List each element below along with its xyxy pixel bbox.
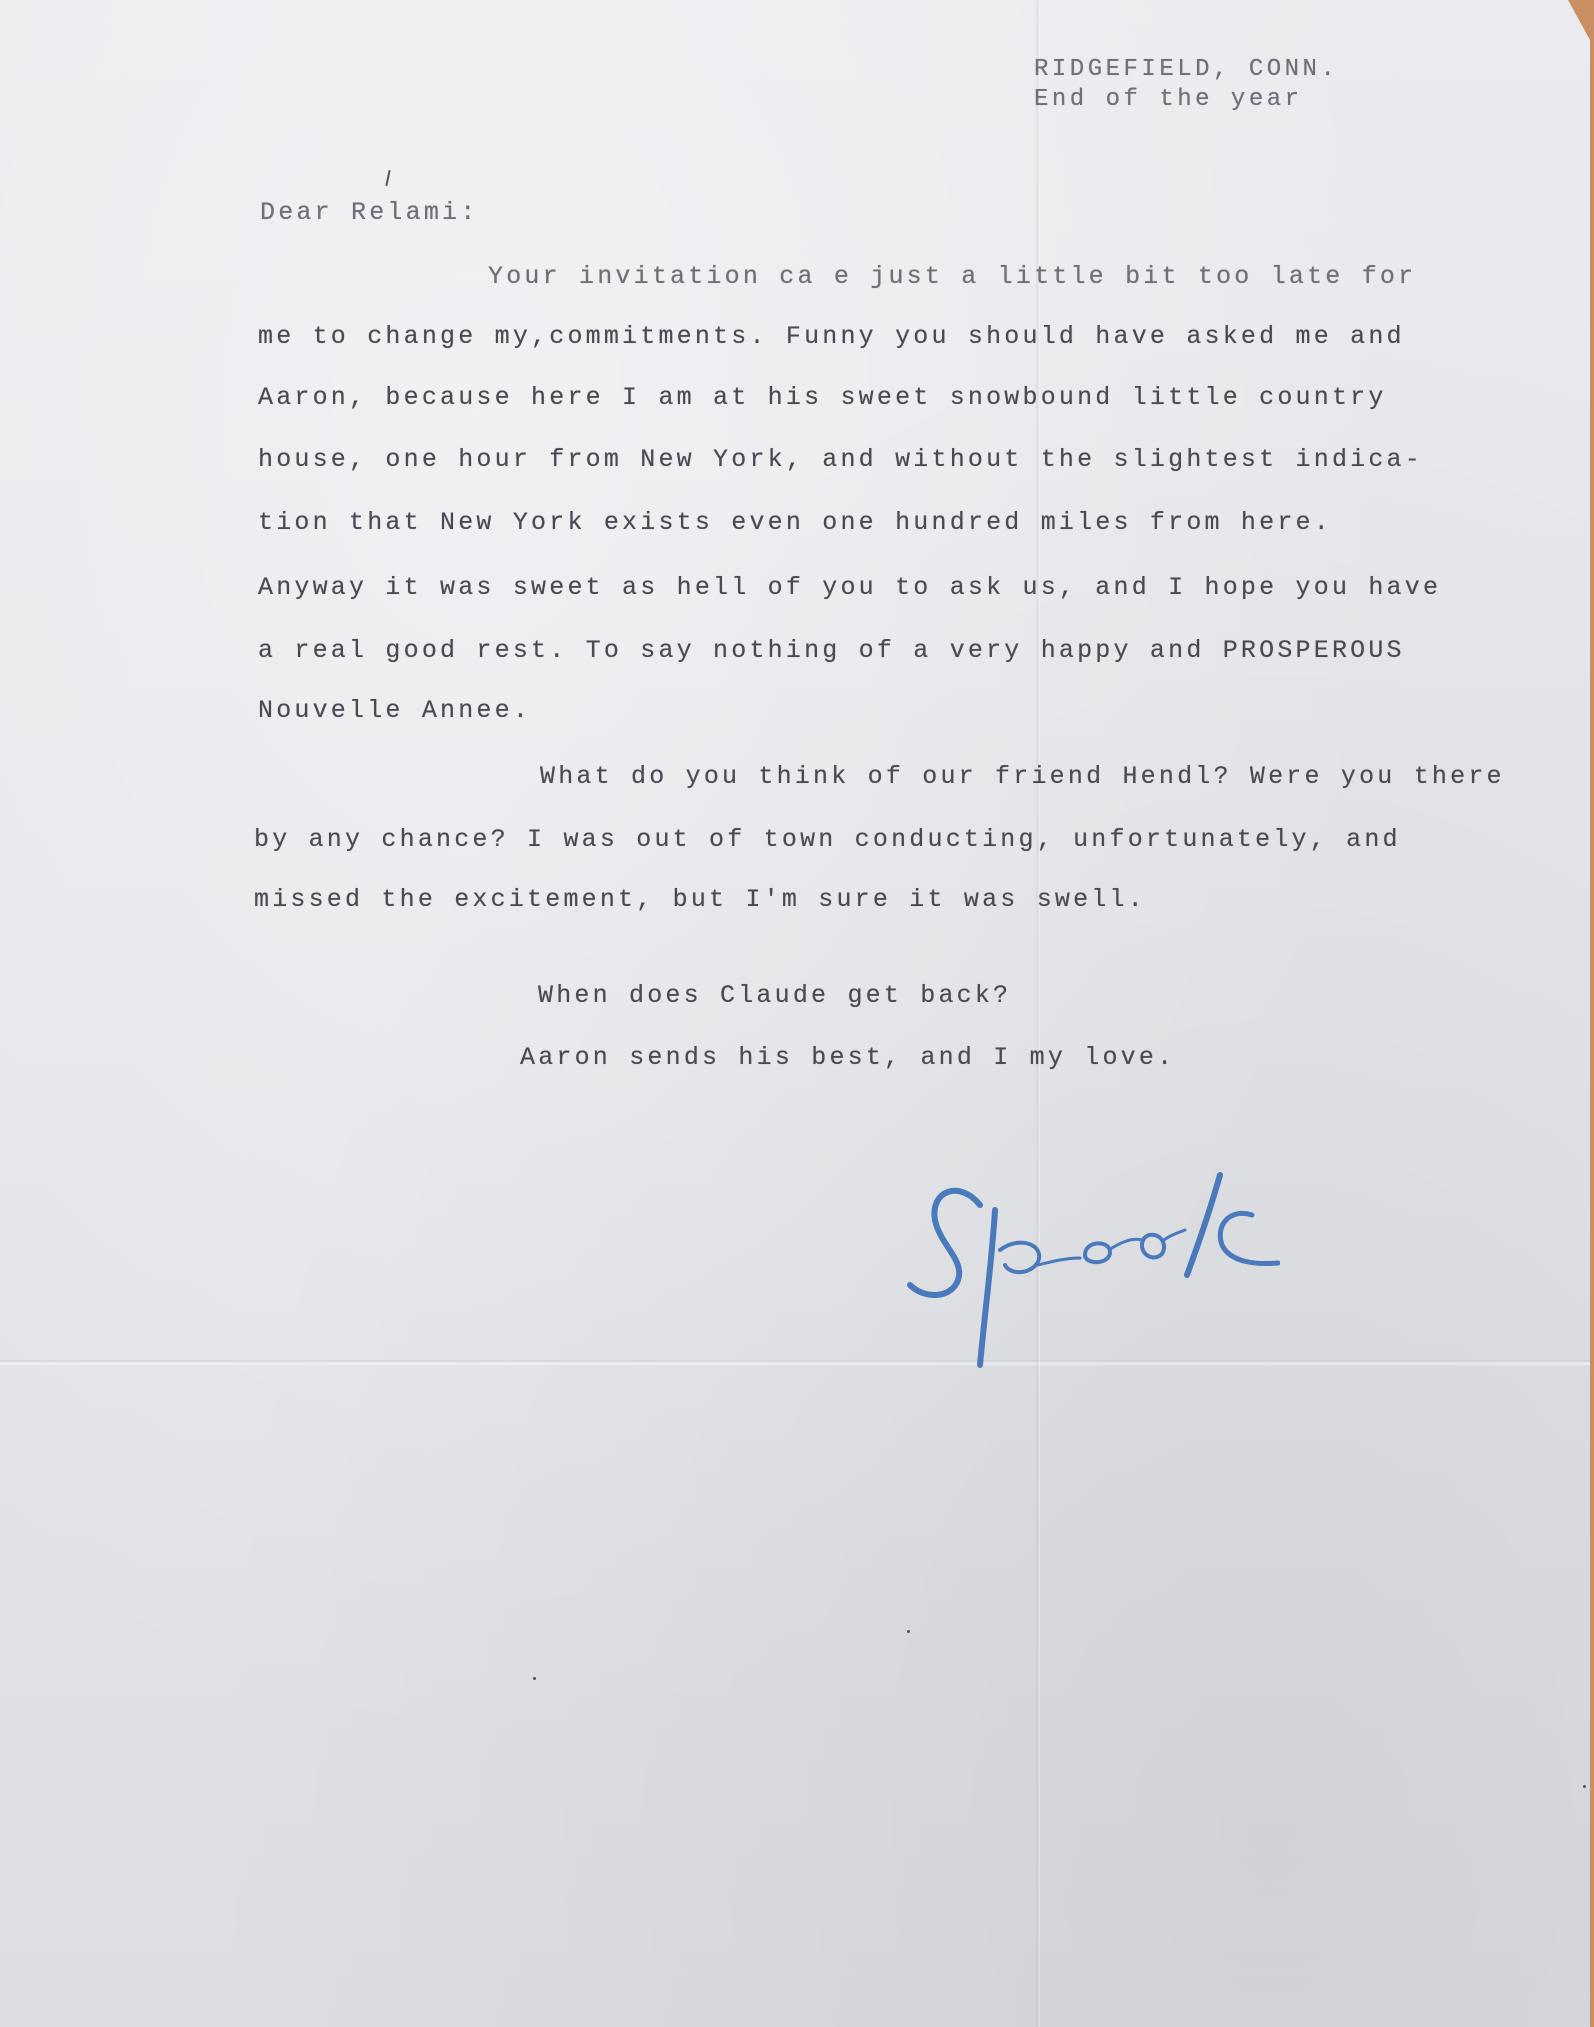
body-line: Nouvelle Annee. [258,696,531,725]
handwritten-signature: Spook [880,1140,1280,1380]
body-line: house, one hour from New York, and witho… [258,445,1423,474]
paper-speck [533,1677,536,1680]
body-line: me to change my,commitments. Funny you s… [258,322,1405,351]
body-line: What do you think of our friend Hendl? W… [540,762,1505,791]
letterhead-place: RIDGEFIELD, CONN. [1034,56,1338,83]
body-line: by any chance? I was out of town conduct… [254,825,1401,854]
vertical-fold-crease [1035,0,1040,2027]
body-line: missed the excitement, but I'm sure it w… [254,885,1146,914]
accent-mark [385,170,390,186]
body-line: Your invitation ca e just a little bit t… [488,262,1416,291]
horizontal-fold-crease [0,1360,1590,1366]
body-line: a real good rest. To say nothing of a ve… [258,636,1405,665]
letter-date: End of the year [1034,86,1303,113]
paper-speck [907,1630,910,1633]
closing-regards: Aaron sends his best, and I my love. [520,1043,1175,1072]
paper-speck [1583,1785,1586,1788]
body-line: tion that New York exists even one hundr… [258,508,1332,537]
letter-paper: RIDGEFIELD, CONN. End of the year Dear R… [0,0,1590,2027]
body-line: Aaron, because here I am at his sweet sn… [258,383,1387,412]
salutation: Dear Relami: [260,198,478,227]
closing-question: When does Claude get back? [538,981,1011,1010]
body-line: Anyway it was sweet as hell of you to as… [258,573,1441,602]
